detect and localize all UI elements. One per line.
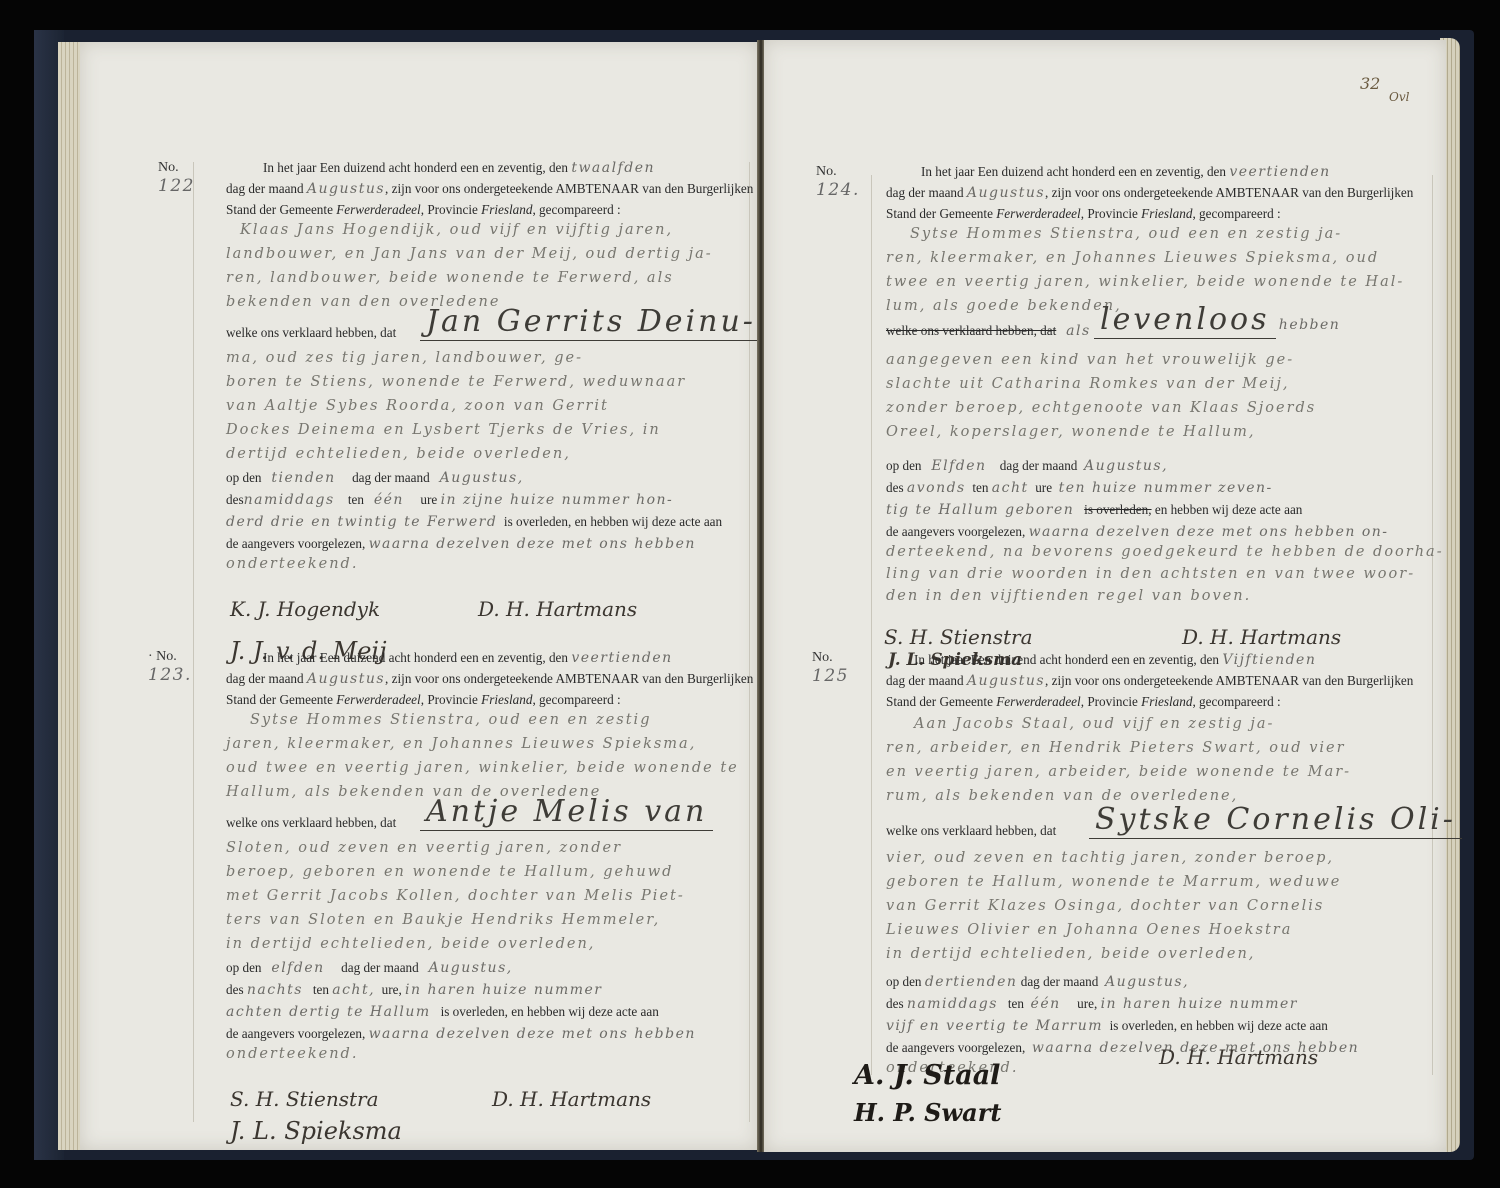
description-line: aangegeven een kind van het vrouwelijk g…	[886, 352, 1294, 368]
deceased-name: levenloos hebben	[1094, 302, 1340, 337]
witness-line: Sytse Hommes Stienstra, oud een en zesti…	[910, 226, 1342, 242]
description-line: van Gerrit Klazes Osinga, dochter van Co…	[886, 898, 1324, 914]
witness-line: ren, landbouwer, beide wonende te Ferwer…	[226, 270, 674, 286]
printed-intro: In het jaar Een duizend acht honderd een…	[263, 650, 673, 666]
witness-line: Aan Jacobs Staal, oud vijf en zestig ja-	[914, 716, 1274, 732]
witness-line: ren, kleermaker, en Johannes Lieuwes Spi…	[886, 250, 1379, 266]
description-line: Sloten, oud zeven en veertig jaren, zond…	[226, 840, 622, 856]
description-line: in dertijd echtelieden, beide overleden,	[226, 936, 595, 952]
closing-line: onderteekend.	[226, 1046, 358, 1062]
printed-aangevers: de aangevers voorgelezen, waarna dezelve…	[886, 524, 1389, 540]
printed-stand-line: Stand der Gemeente Ferwerderadeel, Provi…	[886, 694, 1281, 710]
witness-line: en veertig jaren, arbeider, beide wonend…	[886, 764, 1351, 780]
description-line: geboren te Hallum, wonende te Marrum, we…	[886, 874, 1341, 890]
printed-stand-line: Stand der Gemeente Ferwerderadeel, Provi…	[886, 206, 1281, 222]
printed-month-line: dag der maand Augustus, zijn voor ons on…	[226, 181, 753, 197]
witness-line: jaren, kleermaker, en Johannes Lieuwes S…	[226, 736, 696, 752]
description-line: ma, oud zes tig jaren, landbouwer, ge-	[226, 350, 583, 366]
printed-month-line: dag der maand Augustus, zijn voor ons on…	[886, 673, 1413, 689]
description-line: met Gerrit Jacobs Kollen, dochter van Me…	[226, 888, 685, 904]
printed-verklaard-struck: welke ons verklaard hebben, dat als	[886, 323, 1091, 339]
printed-month-line: dag der maand Augustus, zijn voor ons on…	[886, 185, 1413, 201]
description-line: Dockes Deinema en Lysbert Tjerks de Vrie…	[226, 422, 661, 438]
signature: D. H. Hartmans	[492, 1087, 651, 1111]
entry-number: No. 124.	[816, 164, 860, 200]
description-line: ters van Sloten en Baukje Hendriks Hemme…	[226, 912, 660, 928]
printed-op-den: op den Elfden dag der maand Augustus,	[886, 458, 1168, 474]
signature: S. H. Stienstra	[230, 1087, 379, 1111]
description-line: vier, oud zeven en tachtig jaren, zonder…	[886, 850, 1334, 866]
description-line: Lieuwes Olivier en Johanna Oenes Hoekstr…	[886, 922, 1292, 938]
signature: D. H. Hartmans	[1159, 1045, 1318, 1069]
witness-line: lum, als goede bekenden,	[886, 298, 1122, 314]
description-line: slachte uit Catharina Romkes van der Mei…	[886, 376, 1290, 392]
printed-overleden: derd drie en twintig te Ferwerd is overl…	[226, 514, 722, 530]
printed-verklaard: welke ons verklaard hebben, dat	[226, 815, 396, 831]
closing-line: den in den vijftienden regel van boven.	[886, 588, 1251, 604]
deceased-name: Antje Melis van	[420, 794, 713, 829]
printed-intro: In het jaar Een duizend acht honderd een…	[263, 160, 655, 176]
description-line: Oreel, koperslager, wonende te Hallum,	[886, 424, 1255, 440]
description-line: zonder beroep, echtgenoote van Klaas Sjo…	[886, 400, 1316, 416]
printed-intro: In het jaar Een duizend acht honderd een…	[921, 164, 1331, 180]
signature: H. P. Swart	[854, 1098, 1001, 1127]
printed-des: desnamiddags ten één ure in zijne huize …	[226, 492, 673, 508]
closing-line: onderteekend.	[226, 556, 358, 572]
printed-stand-line: Stand der Gemeente Ferwerderadeel, Provi…	[226, 202, 621, 218]
witness-line: Sytse Hommes Stienstra, oud een en zesti…	[250, 712, 651, 728]
printed-aangevers: de aangevers voorgelezen, waarna dezelve…	[226, 1026, 696, 1042]
closing-line: ling van drie woorden in den achtsten en…	[886, 566, 1415, 582]
signature: D. H. Hartmans	[478, 597, 637, 621]
printed-verklaard: welke ons verklaard hebben, dat	[226, 325, 396, 341]
witness-line: Klaas Jans Hogendijk, oud vijf en vijfti…	[240, 222, 673, 238]
printed-overleden: vijf en veertig te Marrum is overleden, …	[886, 1018, 1328, 1034]
signature: S. H. Stienstra	[884, 625, 1033, 649]
description-line: in dertijd echtelieden, beide overleden,	[886, 946, 1255, 962]
signature: J. L. Spieksma	[230, 1117, 402, 1145]
printed-stand-line: Stand der Gemeente Ferwerderadeel, Provi…	[226, 692, 621, 708]
printed-des: des nachts ten acht, ure, in haren huize…	[226, 982, 602, 998]
closing-line: derteekend, na bevorens goedgekeurd te h…	[886, 544, 1444, 560]
description-line: dertijd echtelieden, beide overleden,	[226, 446, 571, 462]
printed-month-line: dag der maand Augustus, zijn voor ons on…	[226, 671, 753, 687]
description-line: van Aaltje Sybes Roorda, zoon van Gerrit	[226, 398, 609, 414]
signature: A. J. Staal	[854, 1060, 1000, 1091]
printed-intro: In het jaar Een duizend acht honderd een…	[914, 652, 1316, 668]
folio-mark: Ovl	[1389, 90, 1409, 104]
printed-des: des namiddags ten één ure, in haren huiz…	[886, 996, 1298, 1012]
printed-overleden: achten dertig te Hallum is overleden, en…	[226, 1004, 659, 1020]
left-page: No. 122 In het jaar Een duizend acht hon…	[80, 42, 758, 1150]
page-number: 32	[1360, 74, 1380, 93]
printed-overleden: tig te Hallum geboren is overleden, en h…	[886, 502, 1302, 518]
entry-number: · No. 123.	[148, 649, 192, 685]
entry-number: No. 122	[158, 160, 195, 196]
witness-line: twee en veertig jaren, winkelier, beide …	[886, 274, 1404, 290]
witness-line: oud twee en veertig jaren, winkelier, be…	[226, 760, 739, 776]
witness-line: ren, arbeider, en Hendrik Pieters Swart,…	[886, 740, 1346, 756]
deceased-name: Sytske Cornelis Oli-	[1089, 802, 1462, 837]
entry-number: No. 125	[812, 650, 849, 686]
printed-op-den: op den elfden dag der maand Augustus,	[226, 960, 513, 976]
signature: D. H. Hartmans	[1182, 625, 1341, 649]
printed-op-den: op den dertienden dag der maand Augustus…	[886, 974, 1189, 990]
signature: K. J. Hogendyk	[230, 597, 380, 621]
description-line: beroep, geboren en wonende te Hallum, ge…	[226, 864, 673, 880]
printed-des: des avonds ten acht ure ten huize nummer…	[886, 480, 1273, 496]
witness-line: landbouwer, en Jan Jans van der Meij, ou…	[226, 246, 713, 262]
printed-aangevers: de aangevers voorgelezen, waarna dezelve…	[226, 536, 696, 552]
printed-verklaard: welke ons verklaard hebben, dat	[886, 823, 1056, 839]
right-page: 32 Ovl No. 124. In het jaar Een duizend …	[764, 40, 1446, 1152]
printed-op-den: op den tienden dag der maand Augustus,	[226, 470, 524, 486]
deceased-name: Jan Gerrits Deinu-	[420, 304, 762, 339]
description-line: boren te Stiens, wonende te Ferwerd, wed…	[226, 374, 686, 390]
